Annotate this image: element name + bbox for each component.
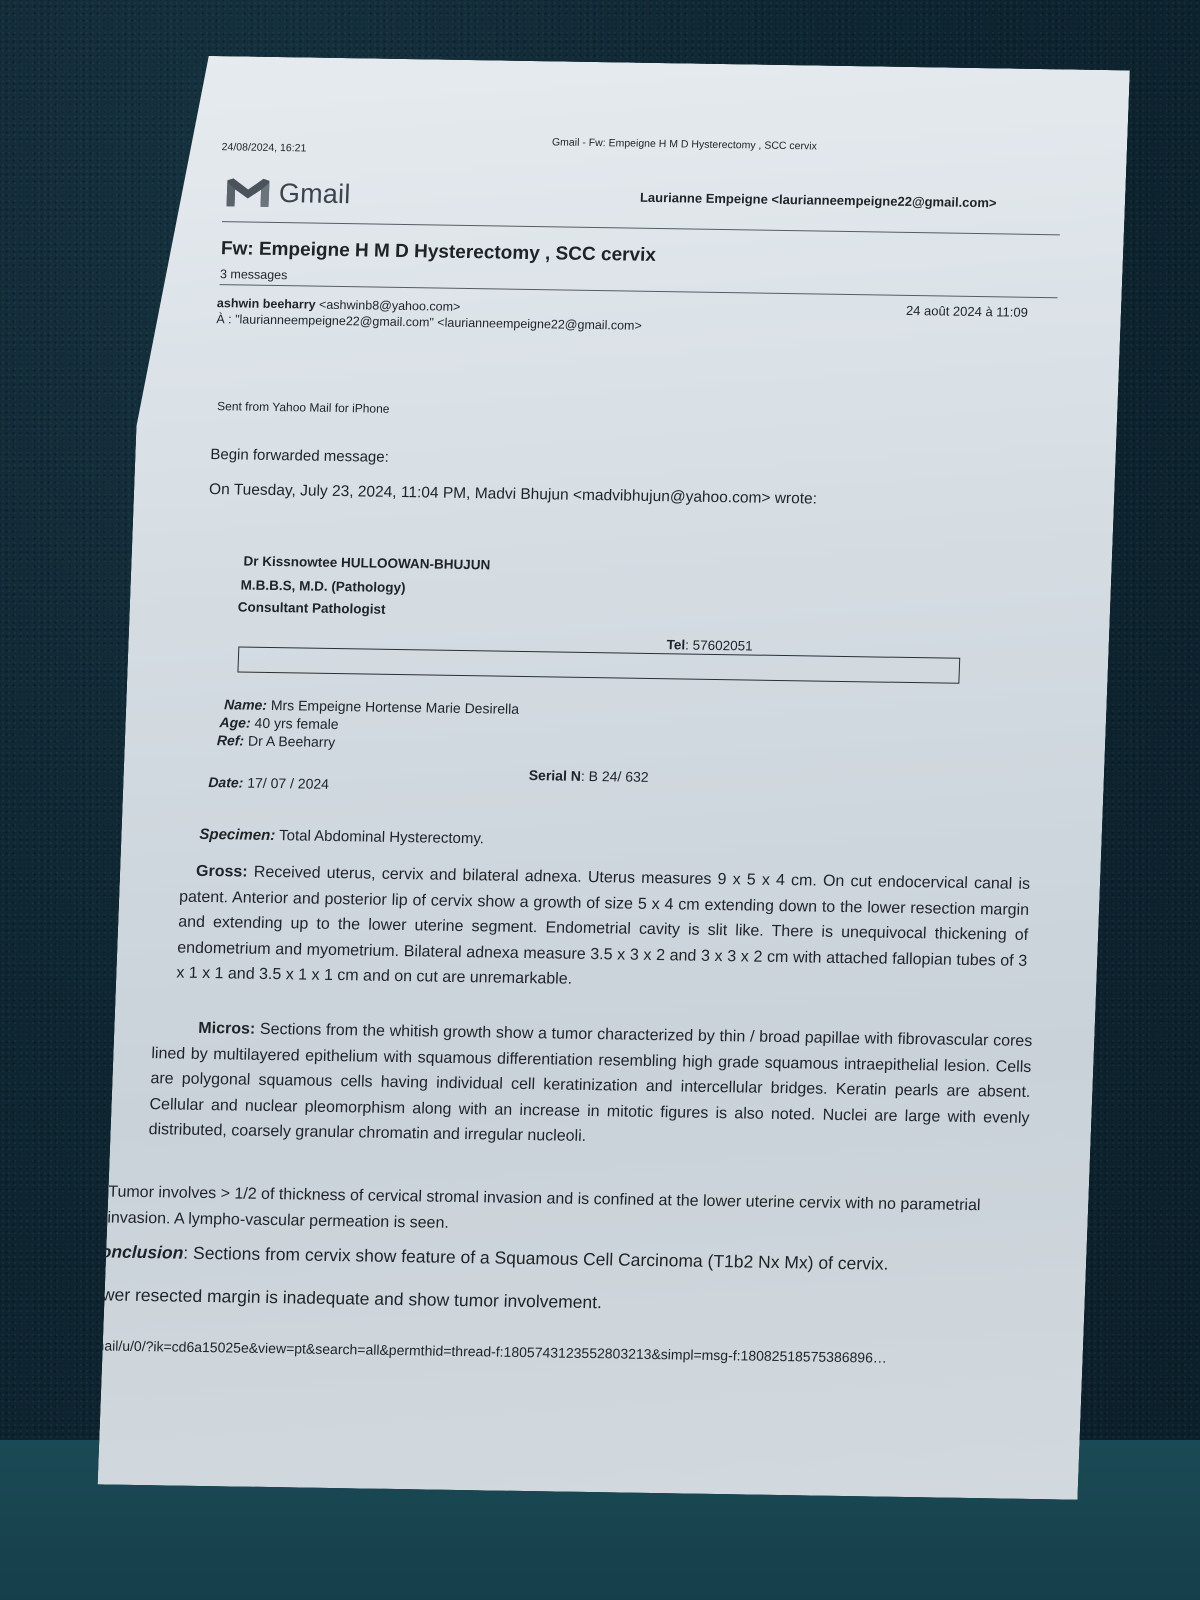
print-datetime: 24/08/2024, 16:21 [221, 141, 306, 154]
age-value: 40 yrs female [250, 715, 339, 732]
gmail-brand-text: Gmail [278, 178, 351, 210]
tumor-extent: Tumor involves > 1/2 of thickness of cer… [107, 1179, 989, 1244]
ref-label: Ref: [217, 732, 245, 748]
microscopic-description: Micros: Sections from the whitish growth… [148, 1015, 1033, 1156]
date-label: Date: [208, 774, 244, 791]
age-label: Age: [219, 714, 251, 730]
serial-label: Serial N [528, 767, 581, 784]
gross-description: Gross: Received uterus, cervix and bilat… [176, 859, 1031, 1000]
tel-value: : 57602051 [685, 637, 753, 653]
micros-text: Sections from the whitish growth show a … [148, 1021, 1032, 1145]
conclusion-text: : Sections from cervix show feature of a… [183, 1243, 889, 1274]
sender-name: ashwin beeharry [217, 296, 316, 312]
conclusion: Conclusion: Sections from cervix show fe… [88, 1239, 1029, 1279]
printed-email-page: 24/08/2024, 16:21 Gmail - Fw: Empeigne H… [98, 55, 1130, 1500]
forward-intro: Begin forwarded message: [210, 446, 389, 466]
pathologist-phone: Tel: 57602051 [666, 637, 753, 653]
name-value: Mrs Empeigne Hortense Marie Desirella [267, 697, 520, 717]
micros-label: Micros: [198, 1020, 256, 1038]
sender-email: <ashwinb8@yahoo.com> [319, 298, 461, 314]
pathologist-name: Dr Kissnowtee HULLOOWAN-BHUJUN [243, 554, 490, 573]
serial-number: Serial N: B 24/ 632 [528, 767, 648, 785]
gmail-logo: Gmail [224, 176, 351, 210]
print-page-title: Gmail - Fw: Empeigne H M D Hysterectomy … [552, 136, 817, 152]
divider [220, 284, 1058, 298]
gmail-m-icon [224, 176, 271, 209]
pathologist-role: Consultant Pathologist [238, 599, 386, 616]
forward-attribution: On Tuesday, July 23, 2024, 11:04 PM, Mad… [209, 481, 818, 509]
referring-doctor: Ref: Dr A Beeharry [217, 732, 336, 750]
ref-value: Dr A Beeharry [244, 733, 336, 750]
serial-value: : B 24/ 632 [581, 768, 649, 785]
gross-text: Received uterus, cervix and bilateral ad… [176, 864, 1030, 988]
letterhead-box [237, 646, 960, 683]
thread-subject: Fw: Empeigne H M D Hysterectomy , SCC ce… [221, 238, 657, 267]
specimen-label: Specimen: [199, 826, 275, 844]
message-date: 24 août 2024 à 11:09 [906, 303, 1028, 320]
message-count: 3 messages [220, 267, 288, 282]
specimen-value: Total Abdominal Hysterectomy. [275, 827, 484, 847]
message-recipient: À : "laurianneempeigne22@gmail.com" <lau… [216, 312, 642, 333]
divider [222, 221, 1060, 235]
print-url: ttps://mail.google.com/mail/u/0/?ik=cd6a… [0, 1335, 887, 1366]
pathologist-qualifications: M.B.B.S, M.D. (Pathology) [240, 577, 406, 595]
report-date: Date: 17/ 07 / 2024 [208, 774, 329, 792]
patient-age: Age: 40 yrs female [219, 714, 339, 732]
patient-name: Name: Mrs Empeigne Hortense Marie Desire… [224, 696, 519, 717]
margin-status: Lower resected margin is inadequate and … [82, 1282, 983, 1322]
message-sender: ashwin beeharry <ashwinb8@yahoo.com> [217, 296, 461, 314]
account-owner: Laurianne Empeigne <laurianneempeigne22@… [640, 190, 997, 211]
specimen: Specimen: Total Abdominal Hysterectomy. [199, 826, 484, 847]
date-value: 17/ 07 / 2024 [243, 775, 329, 792]
mail-signature: Sent from Yahoo Mail for iPhone [217, 399, 390, 416]
name-label: Name: [224, 696, 267, 713]
tel-label: Tel [666, 637, 685, 652]
gross-label: Gross: [196, 863, 248, 881]
